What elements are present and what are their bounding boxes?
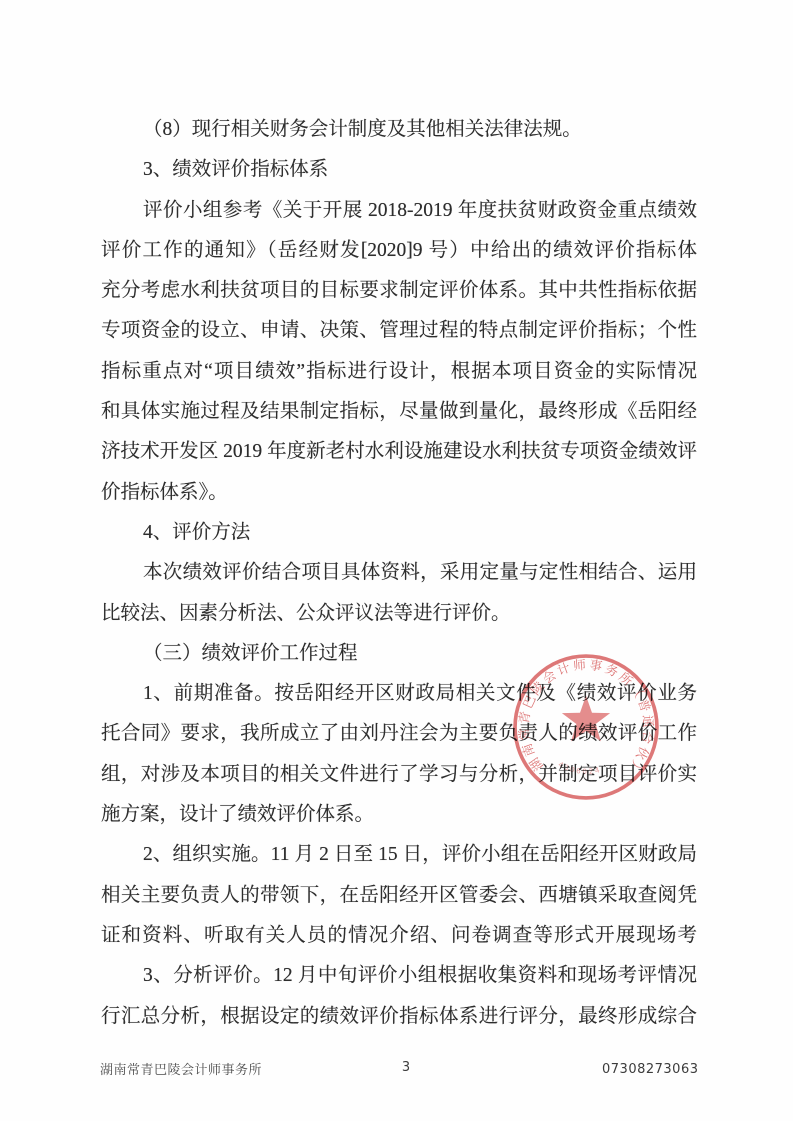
footer-phone-number: 07308273063 — [602, 1062, 698, 1077]
text-line: 评价工作的通知》（岳经财发[2020]9 号）中给出的绩效评价指标体系， — [101, 231, 697, 271]
text-line: 比较法、因素分析法、公众评议法等进行评价。 — [101, 594, 697, 634]
text-line: 2、组织实施。11 月 2 日至 15 日，评价小组在岳阳经开区财政局 — [101, 835, 697, 875]
text-line: （8）现行相关财务会计制度及其他相关法律法规。 — [101, 110, 697, 150]
text-line: 组，对涉及本项目的相关文件进行了学习与分析，并制定项目评价实 — [101, 755, 697, 795]
text-line: 和具体实施过程及结果制定指标，尽量做到量化，最终形成《岳阳经 — [101, 392, 697, 432]
text-line: 行汇总分析，根据设定的绩效评价指标体系进行评分，最终形成综合 — [101, 997, 697, 1037]
text-line: 4、评价方法 — [101, 513, 697, 553]
text-line: （三）绩效评价工作过程 — [101, 634, 697, 674]
text-line: 评价小组参考《关于开展 2018-2019 年度扶贫财政资金重点绩效 — [101, 191, 697, 231]
text-line: 指标重点对“项目绩效”指标进行设计，根据本项目资金的实际情况 — [101, 352, 697, 392]
document-page: （8）现行相关财务会计制度及其他相关法律法规。3、绩效评价指标体系评价小组参考《… — [0, 0, 793, 1121]
text-line: 1、前期准备。按岳阳经开区财政局相关文件及《绩效评价业务委 — [101, 674, 697, 714]
text-line: 充分考虑水利扶贫项目的目标要求制定评价体系。其中共性指标依据 — [101, 271, 697, 311]
text-line: 3、分析评价。12 月中旬评价小组根据收集资料和现场考评情况进 — [101, 956, 697, 996]
text-line: 价指标体系》。 — [101, 473, 697, 513]
text-line: 3、绩效评价指标体系 — [101, 150, 697, 190]
text-line: 本次绩效评价结合项目具体资料，采用定量与定性相结合、运用 — [101, 553, 697, 593]
text-line: 专项资金的设立、申请、决策、管理过程的特点制定评价指标；个性 — [101, 311, 697, 351]
text-line: 证和资料、听取有关人员的情况介绍、问卷调查等形式开展现场考评。 — [101, 916, 697, 956]
text-line: 施方案，设计了绩效评价体系。 — [101, 795, 697, 835]
text-line: 济技术开发区 2019 年度新老村水利设施建设水利扶贫专项资金绩效评 — [101, 432, 697, 472]
text-block: （8）现行相关财务会计制度及其他相关法律法规。3、绩效评价指标体系评价小组参考《… — [101, 110, 697, 1037]
footer-page-number: 3 — [396, 1060, 416, 1075]
text-line: 相关主要负责人的带领下，在岳阳经开区管委会、西塘镇采取查阅凭 — [101, 876, 697, 916]
text-line: 托合同》要求，我所成立了由刘丹注会为主要负责人的绩效评价工作 — [101, 714, 697, 754]
footer-firm-name: 湖南常青巴陵会计师事务所 — [100, 1059, 262, 1078]
